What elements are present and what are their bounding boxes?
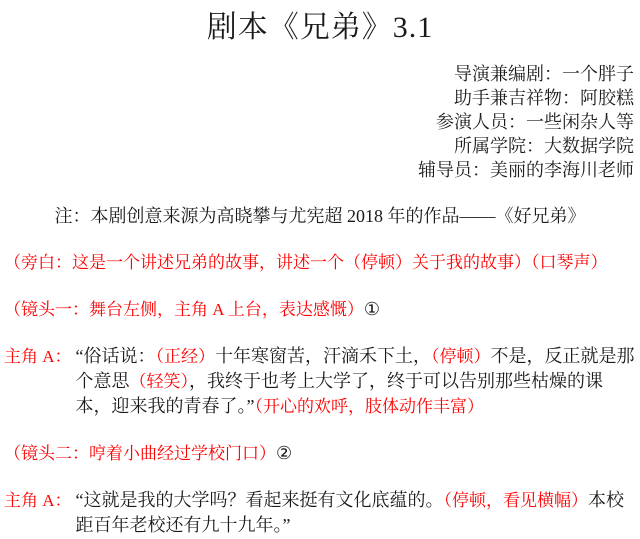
credit-line-cast: 参演人员：一些闲杂人等	[4, 110, 634, 134]
credit-line-counselor: 辅导员：美丽的李海川老师	[4, 158, 634, 182]
stage-direction-scene-1: （镜头一：舞台左侧，主角 A 上台，表达感慨）①	[4, 297, 636, 322]
credit-line-college: 所属学院：大数据学院	[4, 134, 634, 158]
text-segment: （停顿，看见横幅）	[444, 491, 589, 510]
text-segment: 十年寒窗苦，汗滴禾下土，	[215, 346, 431, 366]
text-segment: “俗话说：	[76, 346, 156, 366]
credit-line-director: 导演兼编剧：一个胖子	[4, 62, 634, 86]
source-note: 注：本剧创意来源为高晓攀与尤宪超 2018 年的作品——《好兄弟》	[4, 204, 636, 228]
stage-direction-narration: （旁白：这是一个讲述兄弟的故事，讲述一个（停顿）关于我的故事）（口琴声）	[4, 250, 636, 275]
dialogue-block-2: 主角 A： “这就是我的大学吗？看起来挺有文化底蕴的。（停顿，看见横幅）本校距百…	[4, 488, 636, 538]
screenplay-page: 剧本《兄弟》3.1 导演兼编剧：一个胖子 助手兼吉祥物：阿胶糕 参演人员：一些闲…	[0, 0, 640, 539]
text-segment: ①	[364, 299, 380, 319]
credits-block: 导演兼编剧：一个胖子 助手兼吉祥物：阿胶糕 参演人员：一些闲杂人等 所属学院：大…	[4, 62, 636, 182]
text-segment: （镜头一：舞台左侧，主角 A 上台，表达感慨）	[4, 300, 364, 319]
text-segment: （正经）	[156, 347, 216, 366]
text-segment: “这就是我的大学吗？看起来挺有文化底蕴的。	[76, 490, 444, 510]
credit-line-assistant: 助手兼吉祥物：阿胶糕	[4, 86, 634, 110]
page-title: 剧本《兄弟》3.1	[4, 8, 636, 48]
speaker-label: 主角 A：	[4, 488, 72, 513]
stage-direction-scene-2: （镜头二：哼着小曲经过学校门口）②	[4, 441, 636, 466]
text-segment: （轻笑）	[130, 372, 190, 391]
text-segment: （旁白：这是一个讲述兄弟的故事，讲述一个（停顿）关于我的故事）（口琴声）	[4, 253, 608, 272]
text-segment: （停顿）	[431, 347, 491, 366]
dialogue-block-1: 主角 A： “俗话说：（正经）十年寒窗苦，汗滴禾下土，（停顿）不是，反正就是那个…	[4, 344, 636, 419]
text-segment: （开心的欢呼，肢体动作丰富）	[255, 397, 485, 416]
text-segment: ②	[276, 443, 292, 463]
dialogue-text: “俗话说：（正经）十年寒窗苦，汗滴禾下土，（停顿）不是，反正就是那个意思（轻笑）…	[76, 344, 636, 419]
dialogue-text: “这就是我的大学吗？看起来挺有文化底蕴的。（停顿，看见横幅）本校距百年老校还有九…	[76, 488, 636, 538]
speaker-label: 主角 A：	[4, 344, 72, 369]
text-segment: （镜头二：哼着小曲经过学校门口）	[4, 444, 276, 463]
